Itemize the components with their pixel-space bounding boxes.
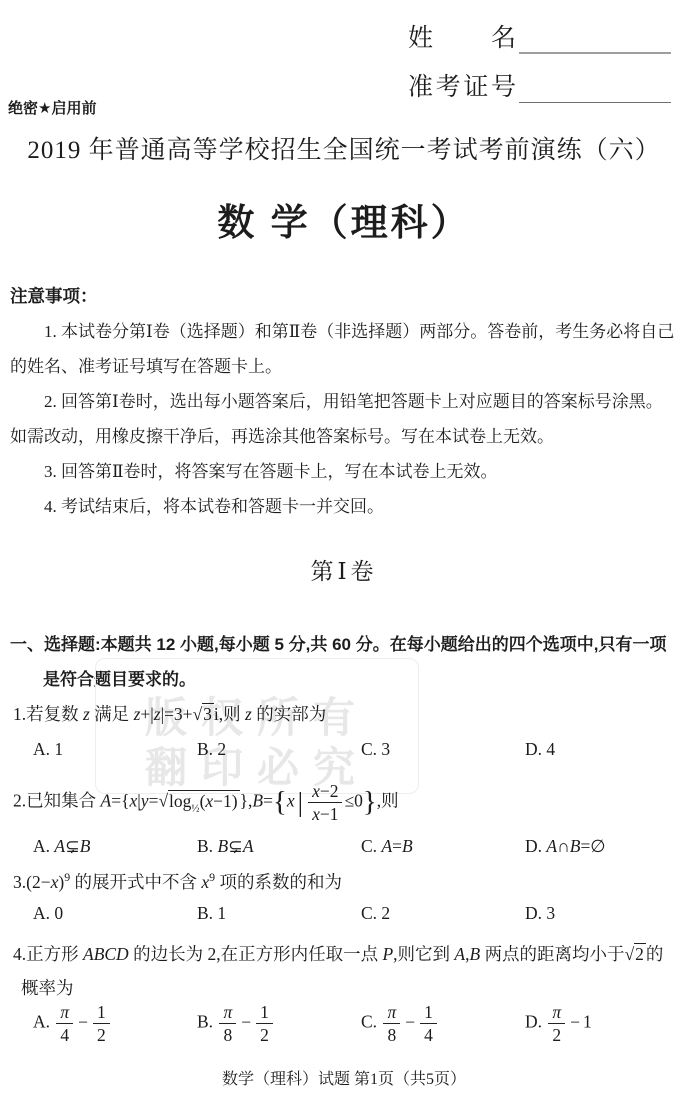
question-4-option-b: B. π8−12 xyxy=(197,1002,361,1045)
question-2-stem: 2.已知集合 A={x|y=√log½(x−1)},B={x|x−2x−1≤0}… xyxy=(13,781,678,824)
question-2-options: A. A⊊B B. B⊊A C. A=B D. A∩B=∅ xyxy=(33,836,688,857)
notice-item-3: 3. 回答第Ⅱ卷时，将答案写在答题卡上，写在本试卷上无效。 xyxy=(10,454,678,489)
question-1-option-a: A. 1 xyxy=(33,739,197,760)
subject-title: 数 学（理科） xyxy=(0,192,688,246)
notice-heading: 注意事项： xyxy=(10,279,678,314)
header-fields: 姓名 准考证号 xyxy=(408,8,680,106)
name-field-row: 姓名 xyxy=(408,8,680,54)
ticket-field-row: 准考证号 xyxy=(408,57,680,103)
exam-title: 2019 年普通高等学校招生全国统一考试考前演练（六） xyxy=(0,130,688,166)
ticket-number-label: 准考证号 xyxy=(408,72,516,103)
question-1-stem: 1.若复数 z 满足 z+|z|=3+√3i,则 z 的实部为 xyxy=(13,701,678,726)
ticket-blank-line[interactable] xyxy=(519,72,671,103)
question-3-stem: 3.(2−x)9 的展开式中不含 x9 项的系数的和为 xyxy=(13,869,678,894)
name-blank-line[interactable] xyxy=(519,22,671,54)
notice-item-2: 2. 回答第Ⅰ卷时，选出每小题答案后，用铅笔把答题卡上对应题目的答案标号涂黑。如… xyxy=(10,384,678,454)
question-2-option-b: B. B⊊A xyxy=(197,836,361,857)
page-footer: 数学（理科）试题 第1页（共5页） xyxy=(0,1066,688,1089)
notice-item-4: 4. 考试结束后，将本试卷和答题卡一并交回。 xyxy=(10,489,678,524)
question-4-option-c: C. π8−14 xyxy=(361,1002,525,1045)
copyright-watermark: 版权所有 翻印必究 xyxy=(95,658,419,794)
question-1-option-d: D. 4 xyxy=(525,739,688,760)
question-2-option-d: D. A∩B=∅ xyxy=(525,836,688,857)
notice-block: 注意事项： 1. 本试卷分第Ⅰ卷（选择题）和第Ⅱ卷（非选择题）两部分。答卷前，考… xyxy=(10,279,678,524)
question-2-option-a: A. A⊊B xyxy=(33,836,197,857)
secrecy-notice: 绝密★启用前 xyxy=(8,97,96,118)
question-4-option-d: D. π2−1 xyxy=(525,1002,688,1045)
question-4-stem: 4.正方形 ABCD 的边长为 2,在正方形内任取一点 P,则它到 A,B 两点… xyxy=(13,937,678,1005)
name-label: 姓名 xyxy=(408,23,516,54)
question-3-option-c: C. 2 xyxy=(361,903,525,924)
question-1-option-c: C. 3 xyxy=(361,739,525,760)
part1-heading: 第Ⅰ卷 xyxy=(0,553,688,586)
question-3-option-d: D. 3 xyxy=(525,903,688,924)
question-4-option-a: A. π4−12 xyxy=(33,1002,197,1045)
question-2-option-c: C. A=B xyxy=(361,836,525,857)
question-3-options: A. 0 B. 1 C. 2 D. 3 xyxy=(33,903,688,924)
exam-paper-page: 姓名 准考证号 绝密★启用前 2019 年普通高等学校招生全国统一考试考前演练（… xyxy=(0,0,688,1105)
question-4-options: A. π4−12 B. π8−12 C. π8−14 D. π2−1 xyxy=(33,1002,688,1045)
question-1-option-b: B. 2 xyxy=(197,739,361,760)
question-3-option-a: A. 0 xyxy=(33,903,197,924)
question-1-options: A. 1 B. 2 C. 3 D. 4 xyxy=(33,739,688,760)
notice-item-1: 1. 本试卷分第Ⅰ卷（选择题）和第Ⅱ卷（非选择题）两部分。答卷前，考生务必将自己… xyxy=(10,314,678,384)
question-3-option-b: B. 1 xyxy=(197,903,361,924)
